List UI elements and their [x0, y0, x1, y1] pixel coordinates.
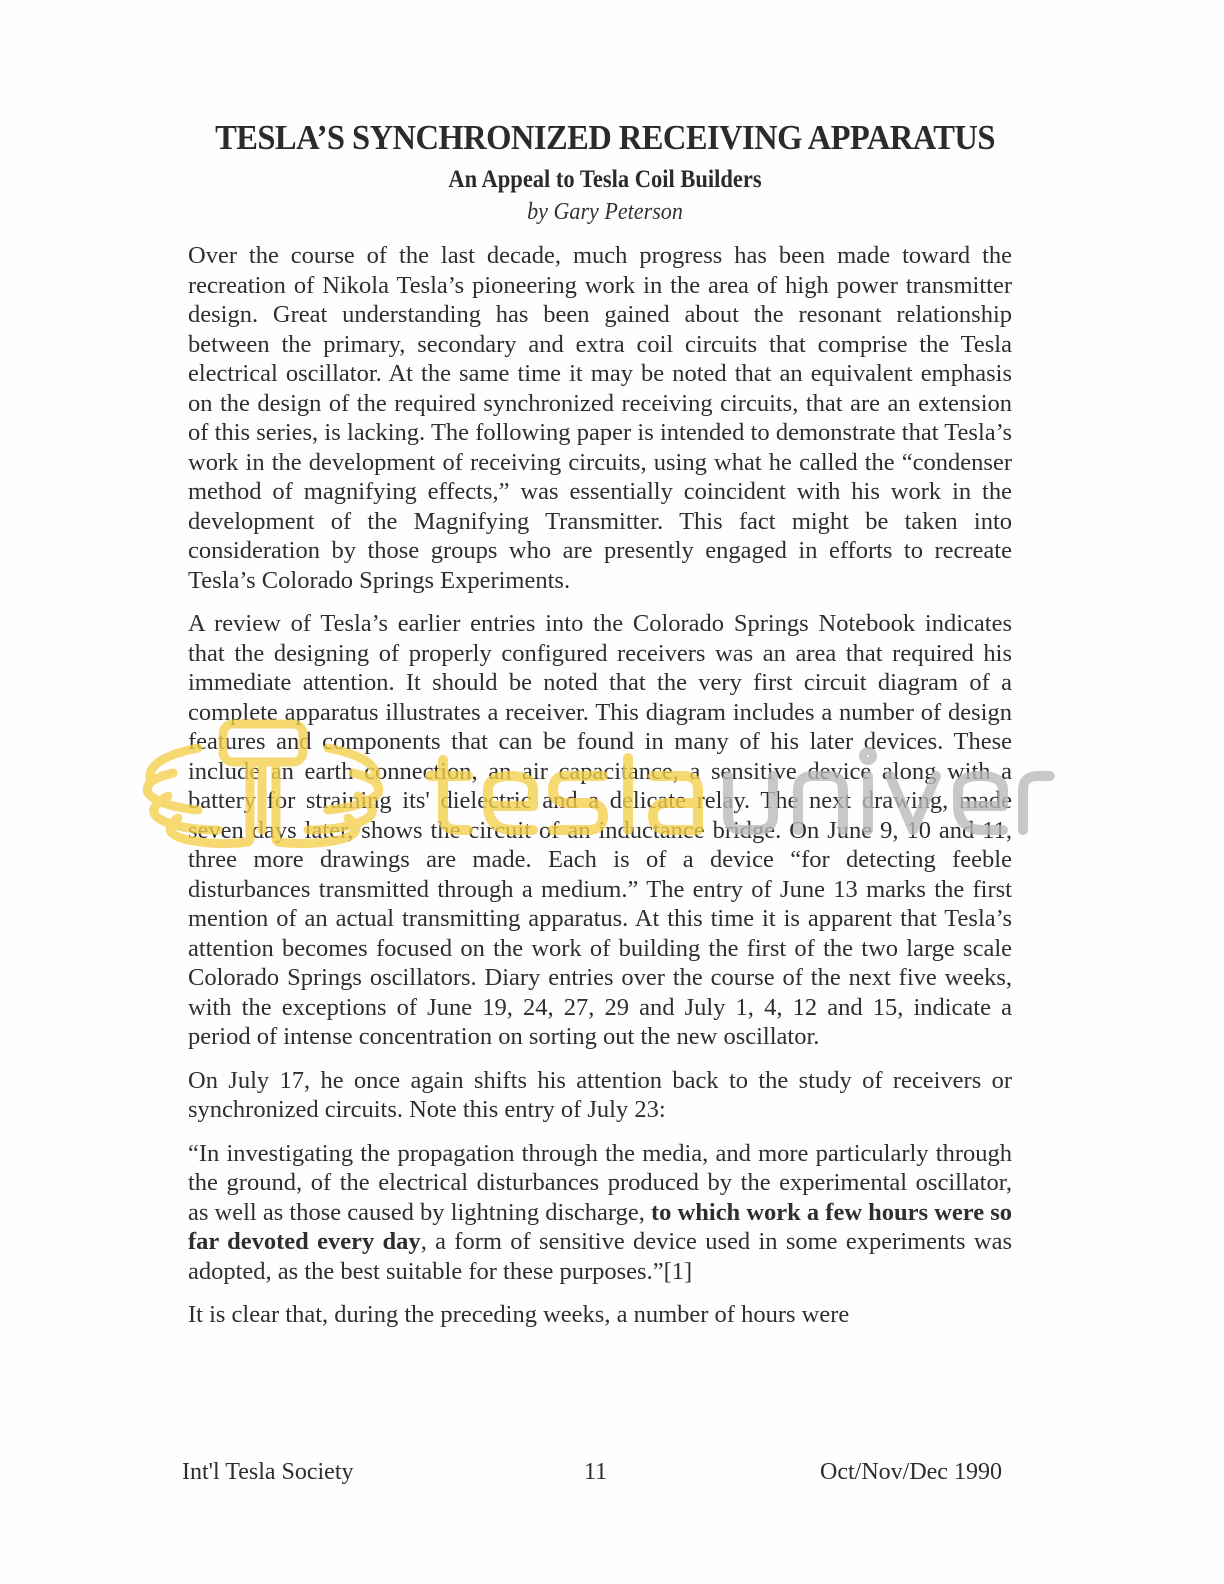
article-subtitle: An Appeal to Tesla Coil Builders	[223, 166, 988, 194]
paragraph-july-17: On July 17, he once again shifts his att…	[188, 1066, 1012, 1125]
footer-issue-date: Oct/Nov/Dec 1990	[820, 1459, 1002, 1489]
footer-publisher: Int'l Tesla Society	[182, 1459, 354, 1489]
paragraph-intro: Over the course of the last decade, much…	[188, 241, 1012, 595]
quote-july-23: “In investigating the propagation throug…	[188, 1139, 1012, 1287]
article-byline: by Gary Peterson	[214, 199, 996, 226]
document-page: TESLA’S SYNCHRONIZED RECEIVING APPARATUS…	[0, 0, 1224, 1584]
paragraph-continued: It is clear that, during the preceding w…	[188, 1300, 1012, 1330]
article-body: Over the course of the last decade, much…	[188, 241, 1012, 1330]
paragraph-review: A review of Tesla’s earlier entries into…	[188, 609, 1012, 1052]
footer-page-number: 11	[584, 1459, 607, 1489]
article-title: TESLA’S SYNCHRONIZED RECEIVING APPARATUS	[210, 118, 1001, 158]
